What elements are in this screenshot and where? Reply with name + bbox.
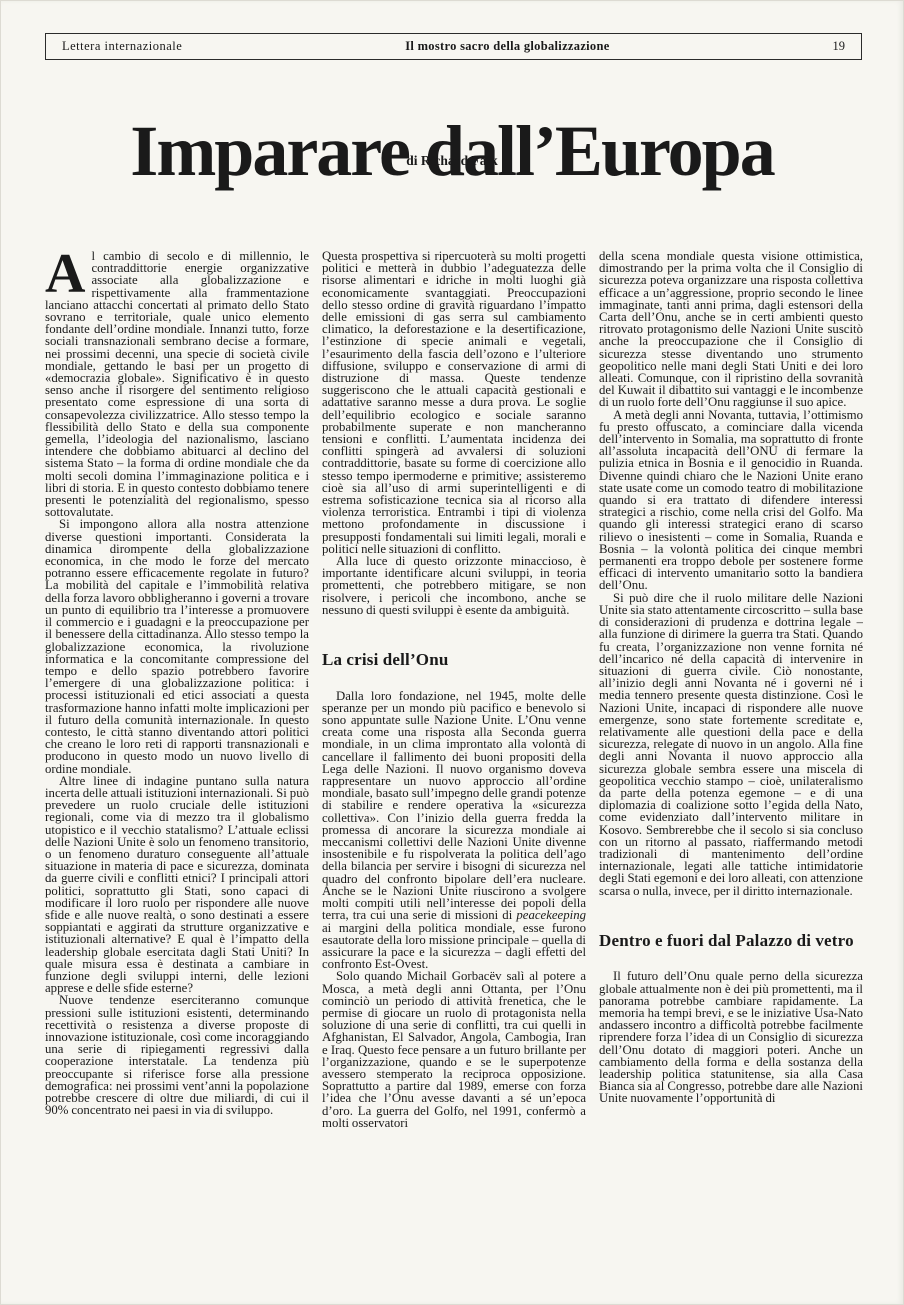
- section-heading: Dentro e fuori dal Palazzo di vetro: [599, 931, 863, 951]
- text-column-3: della scena mondiale questa visione otti…: [599, 250, 863, 1298]
- paragraph: Il futuro dell’Onu quale perno della sic…: [599, 970, 863, 1104]
- paragraph: Questa prospettiva si ripercuoterà su mo…: [322, 250, 586, 555]
- paragraph: Nuove tendenze eserciteranno comunque pr…: [45, 994, 309, 1116]
- paragraph: Solo quando Michail Gorbacëv salì al pot…: [322, 970, 586, 1129]
- text-column-2: Questa prospettiva si ripercuoterà su mo…: [322, 250, 586, 1298]
- page-number: 19: [833, 39, 846, 54]
- magazine-page: Lettera internazionale Il mostro sacro d…: [0, 0, 904, 1305]
- paragraph: della scena mondiale questa visione otti…: [599, 250, 863, 409]
- paragraph: Dalla loro fondazione, nel 1945, molte d…: [322, 690, 586, 971]
- journal-name: Lettera internazionale: [62, 39, 182, 54]
- text-column-1: Al cambio di secolo e di millennio, le c…: [45, 250, 309, 1298]
- article-byline: di Richard Falk: [0, 153, 904, 169]
- paragraph: A metà degli anni Novanta, tuttavia, l’o…: [599, 409, 863, 592]
- section-title: Il mostro sacro della globalizzazione: [405, 39, 609, 54]
- article-body: Al cambio di secolo e di millennio, le c…: [45, 250, 863, 1298]
- paragraph: Alla luce di questo orizzonte minaccioso…: [322, 555, 586, 616]
- paragraph: Si impongono allora alla nostra attenzio…: [45, 518, 309, 774]
- paragraph: Al cambio di secolo e di millennio, le c…: [45, 250, 309, 518]
- section-heading: La crisi dell’Onu: [322, 650, 586, 670]
- drop-cap: A: [45, 250, 91, 297]
- page-header: Lettera internazionale Il mostro sacro d…: [45, 33, 862, 60]
- article-title: Imparare dall’Europa: [0, 110, 904, 193]
- paragraph: Altre linee di indagine puntano sulla na…: [45, 775, 309, 995]
- paragraph: Si può dire che il ruolo militare delle …: [599, 592, 863, 897]
